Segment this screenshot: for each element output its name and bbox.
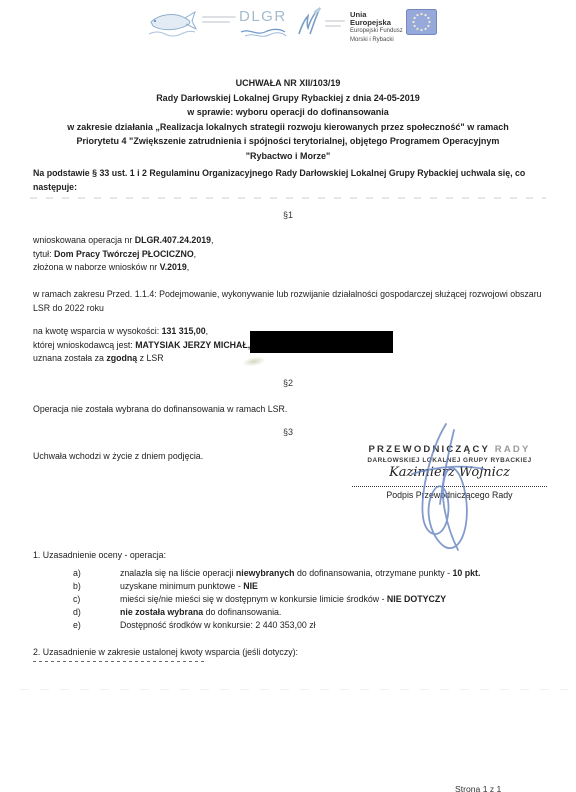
operation-call-label: złożona w naborze wniosków nr — [33, 262, 160, 272]
operation-call-value: V.2019 — [160, 262, 187, 272]
support-amount-label: na kwotę wsparcia w wysokości: — [33, 326, 162, 336]
signature-ink — [388, 420, 498, 560]
item-text-mid: do dofinansowania, otrzymane punkty - — [295, 568, 453, 578]
punctuation: , — [206, 326, 208, 336]
applicant-label: której wnioskodawcą jest: — [33, 340, 135, 350]
dlgr-logo-text: DLGR — [239, 8, 287, 25]
conformity-label: uznana została za — [33, 353, 106, 363]
operation-title-line: tytuł: Dom Pracy Twórczej PŁOCICZNO, — [33, 248, 549, 262]
title-scope-1: w zakresie działania „Realizacja lokalny… — [28, 120, 548, 135]
conformity-line: uznana została za zgodną z LSR — [33, 352, 549, 366]
item-text-bold: niewybranych — [236, 568, 295, 578]
list-item: a) znalazła się na liście operacji niewy… — [0, 568, 576, 581]
item-marker: d) — [73, 607, 81, 617]
faint-logo-caption — [325, 20, 345, 22]
list-item: e) Dostępność środków w konkursie: 2 440… — [0, 620, 576, 633]
eu-subtitle-1: Europejski Fundusz — [350, 27, 406, 35]
item-text-pre: znalazła się na liście operacji — [120, 568, 236, 578]
item-text-pre: uzyskane minimum punktowe - — [120, 581, 243, 591]
eu-subtitle-2: Morski i Rybacki — [350, 36, 406, 44]
title-program: "Rybactwo i Morze" — [28, 149, 548, 164]
faint-logo-caption — [202, 21, 230, 23]
list-item: b) uzyskane minimum punktowe - NIE — [0, 581, 576, 594]
eu-logo-text: Unia Europejska Europejski Fundusz Morsk… — [350, 11, 406, 44]
item-text: Dostępność środków w konkursie: 2 440 35… — [120, 620, 316, 630]
eu-flag-icon — [406, 9, 437, 35]
dlgr-waves-icon — [239, 28, 287, 38]
title-number: UCHWAŁA NR XII/103/19 — [28, 76, 548, 91]
resolution-title: UCHWAŁA NR XII/103/19 Rady Darłowskiej L… — [28, 76, 548, 164]
fish-logo-icon — [145, 8, 197, 38]
operation-title-label: tytuł: — [33, 249, 54, 259]
legal-basis: Na podstawie § 33 ust. 1 i 2 Regulaminu … — [33, 167, 538, 194]
title-subject: w sprawie: wyboru operacji do dofinansow… — [28, 105, 548, 120]
item-text-bold2: 10 pkt. — [453, 568, 481, 578]
operation-scope: w ramach zakresu Przed. 1.1.4: Podejmowa… — [33, 288, 549, 315]
bird-leaf-logo — [296, 6, 322, 43]
fish-logo — [145, 8, 197, 43]
scan-artifact-line — [20, 689, 568, 690]
item-marker: b) — [73, 581, 81, 591]
justification-heading-2: 2. Uzasadnienie w zakresie ustalonej kwo… — [33, 646, 298, 660]
item-text-bold: NIE DOTYCZY — [387, 594, 446, 604]
title-council-date: Rady Darłowskiej Lokalnej Grupy Rybackie… — [28, 91, 548, 106]
support-amount-value: 131 315,00 — [162, 326, 206, 336]
operation-details: wnioskowana operacja nr DLGR.407.24.2019… — [33, 234, 549, 275]
redaction-box — [250, 331, 393, 353]
title-scope-2: Priorytetu 4 "Zwiększenie zatrudnienia i… — [28, 134, 548, 149]
justification-heading-1: 1. Uzasadnienie oceny - operacja: — [33, 549, 166, 563]
item-text: mieści się/nie mieści się w dostępnym w … — [120, 594, 446, 604]
item-text-mid: do dofinansowania. — [203, 607, 281, 617]
eu-flag — [406, 9, 437, 40]
punctuation: , — [187, 262, 189, 272]
section-2-marker: §2 — [0, 378, 576, 388]
operation-number-value: DLGR.407.24.2019 — [135, 235, 211, 245]
item-marker: a) — [73, 568, 81, 578]
operation-title-value: Dom Pracy Twórczej PŁOCICZNO — [54, 249, 194, 259]
decision-statement: Operacja nie została wybrana do dofinans… — [33, 403, 549, 417]
punctuation: , — [194, 249, 196, 259]
page-number: Strona 1 z 1 — [455, 784, 501, 792]
item-text-pre: Dostępność środków w konkursie: 2 440 35… — [120, 620, 316, 630]
item-marker: c) — [73, 594, 80, 604]
stamp-role-faint: RADY — [495, 444, 531, 455]
operation-call-line: złożona w naborze wniosków nr V.2019, — [33, 261, 549, 275]
document-page: DLGR Unia Europejska Europejski Fundusz … — [0, 0, 576, 792]
applicant-name: MATYSIAK JERZY MICHAŁ, — [135, 340, 250, 350]
item-text-bold: nie została wybrana — [120, 607, 203, 617]
list-item: c) mieści się/nie mieści się w dostępnym… — [0, 594, 576, 607]
item-text: znalazła się na liście operacji niewybra… — [120, 568, 480, 578]
item-marker: e) — [73, 620, 81, 630]
operation-number-label: wnioskowana operacja nr — [33, 235, 135, 245]
item-text-bold: NIE — [243, 581, 258, 591]
conformity-suffix: z LSR — [137, 353, 163, 363]
operation-number-line: wnioskowana operacja nr DLGR.407.24.2019… — [33, 234, 549, 248]
dlgr-logo: DLGR — [239, 8, 287, 43]
section-1-marker: §1 — [0, 210, 576, 220]
eu-title: Unia Europejska — [350, 11, 406, 27]
bird-leaf-icon — [296, 6, 322, 38]
item-text: uzyskane minimum punktowe - NIE — [120, 581, 258, 591]
scan-artifact-line — [30, 197, 546, 199]
item-text-pre: mieści się/nie mieści się w dostępnym w … — [120, 594, 387, 604]
justification-list: a) znalazła się na liście operacji niewy… — [0, 568, 576, 632]
effective-date-statement: Uchwała wchodzi w życie z dniem podjęcia… — [33, 450, 333, 464]
item-text: nie została wybrana do dofinansowania. — [120, 607, 281, 617]
signature-ink-icon — [388, 420, 498, 555]
faint-logo-caption — [325, 25, 341, 27]
conformity-value: zgodną — [106, 353, 137, 363]
punctuation: , — [211, 235, 213, 245]
faint-logo-caption — [202, 16, 236, 18]
fill-in-dashed-line — [33, 661, 205, 662]
list-item: d) nie została wybrana do dofinansowania… — [0, 607, 576, 620]
